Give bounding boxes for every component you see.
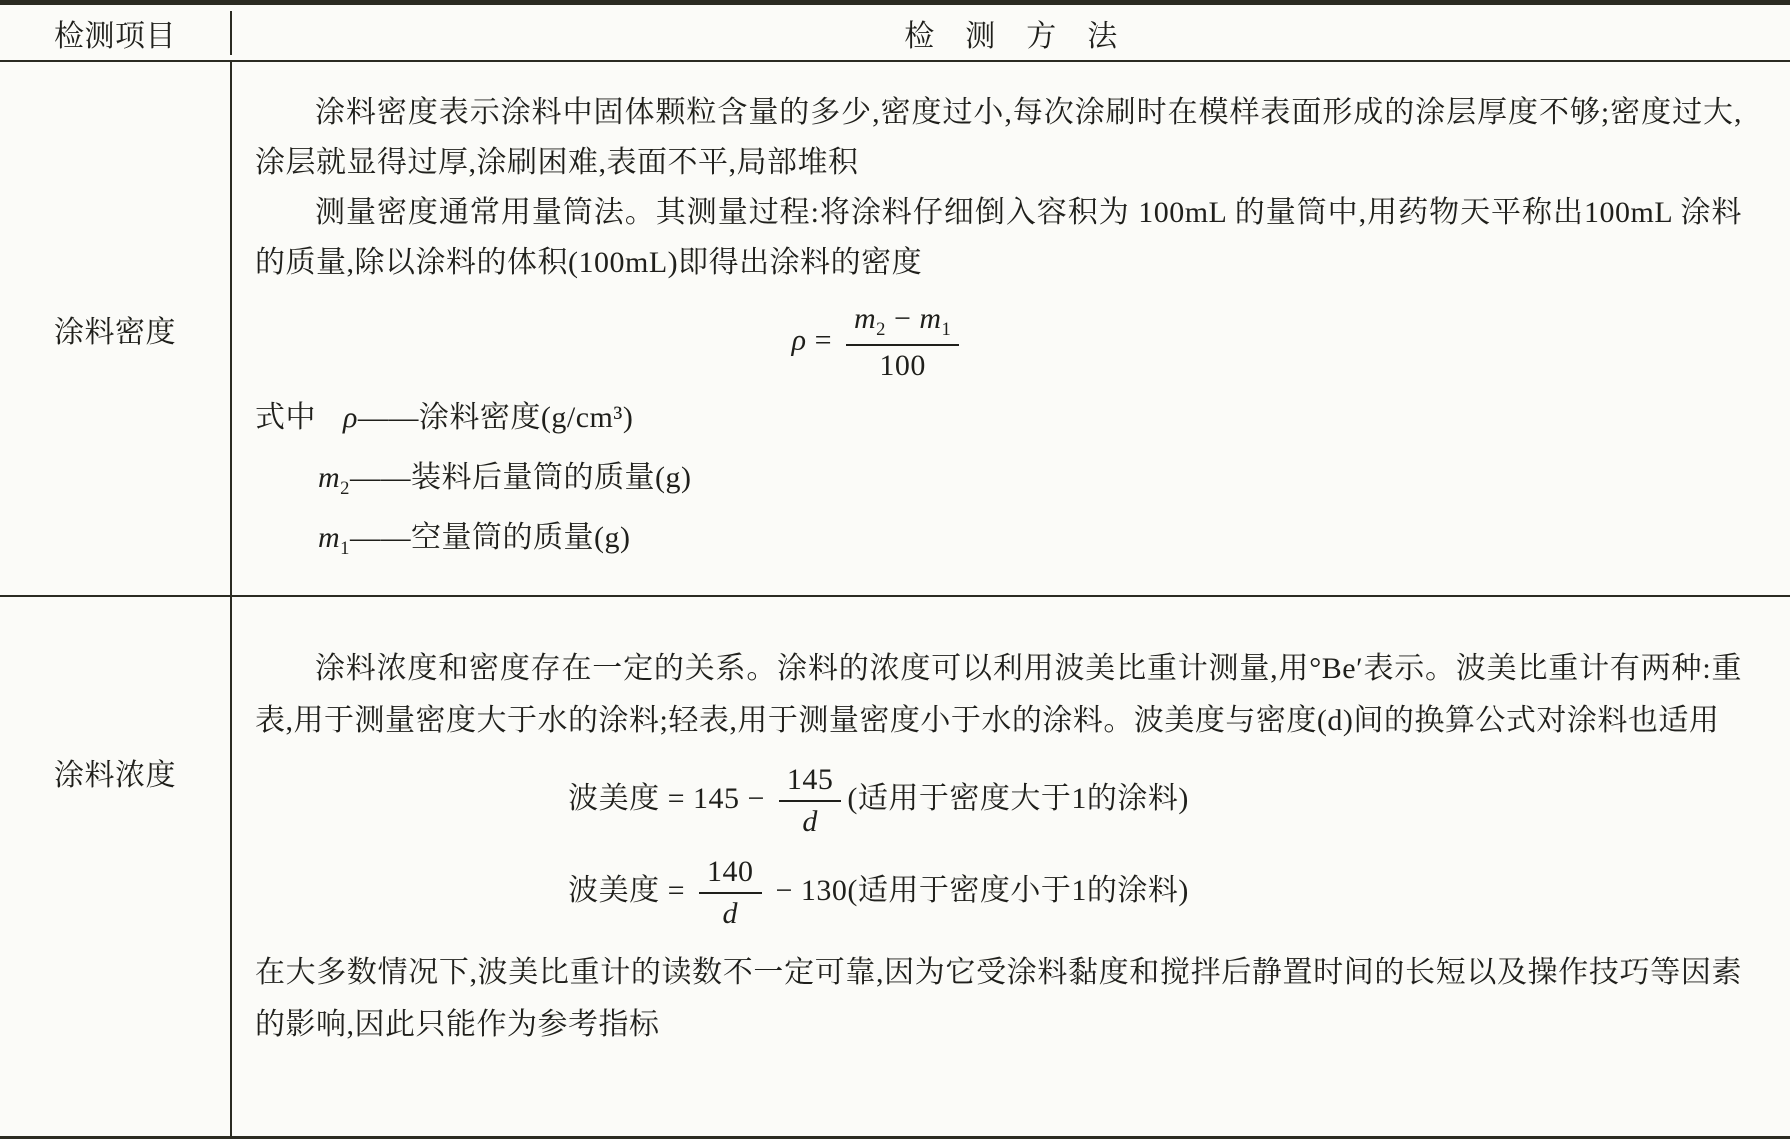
- density-item-label: 涂料密度: [54, 307, 176, 351]
- col-header-method-label: 检 测 方 法: [904, 11, 1118, 55]
- baume-label: 波美度: [568, 782, 660, 815]
- def-line-m2: m2——装料后量筒的质量(g): [318, 453, 1742, 513]
- def-m1-symbol: m: [318, 521, 340, 554]
- density-paragraph-1: 涂料密度表示涂料中固体颗粒含量的多少,密度过小,每次涂刷时在模样表面形成的涂层厚…: [255, 88, 1742, 188]
- def-m2-symbol: m: [318, 461, 340, 494]
- density-paragraph-2: 测量密度通常用量筒法。其测量过程:将涂料仔细倒入容积为 100mL 的量筒中,用…: [255, 188, 1742, 288]
- m2-var: m: [854, 302, 876, 335]
- equals-sign: =: [807, 323, 840, 356]
- header-row: 检测项目 检 测 方 法: [0, 5, 1790, 62]
- concentration-item-cell: 涂料浓度: [0, 597, 232, 1136]
- baume-heavy-suffix: (适用于密度大于1的涂料): [847, 782, 1188, 815]
- baume-light-post: − 130: [768, 874, 848, 907]
- baume-heavy-denominator: d: [779, 802, 842, 839]
- col-header-method: 检 测 方 法: [232, 11, 1790, 55]
- concentration-paragraph-1: 涂料浓度和密度存在一定的关系。涂料的浓度可以利用波美比重计测量,用°Be′表示。…: [255, 643, 1742, 747]
- baume-heavy-fraction: 145d: [779, 763, 842, 839]
- m1-sub: 1: [942, 319, 952, 340]
- m1-var: m: [919, 302, 941, 335]
- density-fraction-numerator: m2 − m1: [846, 302, 959, 346]
- baume-light-numerator: 140: [699, 855, 762, 894]
- detection-table: 检测项目 检 测 方 法 涂料密度 涂料密度表示涂料中固体颗粒含量的多少,密度过…: [0, 0, 1790, 1139]
- def-dash: ——: [358, 401, 419, 434]
- baume-formula-heavy: 波美度 = 145 − 145d(适用于密度大于1的涂料): [255, 763, 1742, 839]
- baume-heavy-numerator: 145: [779, 763, 842, 802]
- baume-heavy-pre: = 145 −: [660, 782, 773, 815]
- m2-sub: 2: [876, 319, 886, 340]
- def-m2-sub: 2: [340, 478, 350, 499]
- baume-label: 波美度: [568, 874, 660, 907]
- row-concentration: 涂料浓度 涂料浓度和密度存在一定的关系。涂料的浓度可以利用波美比重计测量,用°B…: [0, 597, 1790, 1136]
- minus-sign: −: [886, 302, 919, 335]
- baume-light-denominator: d: [699, 894, 762, 931]
- def-dash: ——: [350, 461, 411, 494]
- col-header-item: 检测项目: [0, 11, 232, 55]
- baume-light-fraction: 140d: [699, 855, 762, 931]
- def-prefix: 式中: [255, 401, 316, 434]
- density-fraction: m2 − m1100: [846, 302, 959, 383]
- def-m2-desc: 装料后量筒的质量(g): [411, 461, 691, 494]
- density-fraction-denominator: 100: [846, 346, 959, 383]
- row-density: 涂料密度 涂料密度表示涂料中固体颗粒含量的多少,密度过小,每次涂刷时在模样表面形…: [0, 62, 1790, 597]
- baume-light-suffix: (适用于密度小于1的涂料): [847, 874, 1188, 907]
- baume-formula-light: 波美度 = 140d − 130(适用于密度小于1的涂料): [255, 855, 1742, 931]
- density-method-cell: 涂料密度表示涂料中固体颗粒含量的多少,密度过小,每次涂刷时在模样表面形成的涂层厚…: [232, 62, 1790, 595]
- def-line-m1: m1——空量筒的质量(g): [318, 513, 1742, 573]
- def-rho-desc: 涂料密度(g/cm³): [419, 401, 633, 434]
- def-dash: ——: [350, 521, 411, 554]
- def-m1-desc: 空量筒的质量(g): [411, 521, 630, 554]
- baume-light-pre: =: [660, 874, 693, 907]
- rho-symbol: ρ: [792, 323, 807, 356]
- def-line-rho: 式中ρ——涂料密度(g/cm³): [255, 393, 1742, 453]
- density-item-cell: 涂料密度: [0, 62, 232, 595]
- def-m1-sub: 1: [340, 538, 350, 559]
- density-formula: ρ = m2 − m1100: [255, 302, 1742, 383]
- concentration-method-cell: 涂料浓度和密度存在一定的关系。涂料的浓度可以利用波美比重计测量,用°Be′表示。…: [232, 597, 1790, 1136]
- concentration-item-label: 涂料浓度: [54, 750, 176, 794]
- concentration-paragraph-2: 在大多数情况下,波美比重计的读数不一定可靠,因为它受涂料黏度和搅拌后静置时间的长…: [255, 947, 1742, 1051]
- formula-variable-definitions: 式中ρ——涂料密度(g/cm³) m2——装料后量筒的质量(g) m1——空量筒…: [255, 393, 1742, 573]
- def-rho-symbol: ρ: [343, 401, 358, 434]
- col-header-item-label: 检测项目: [54, 11, 176, 55]
